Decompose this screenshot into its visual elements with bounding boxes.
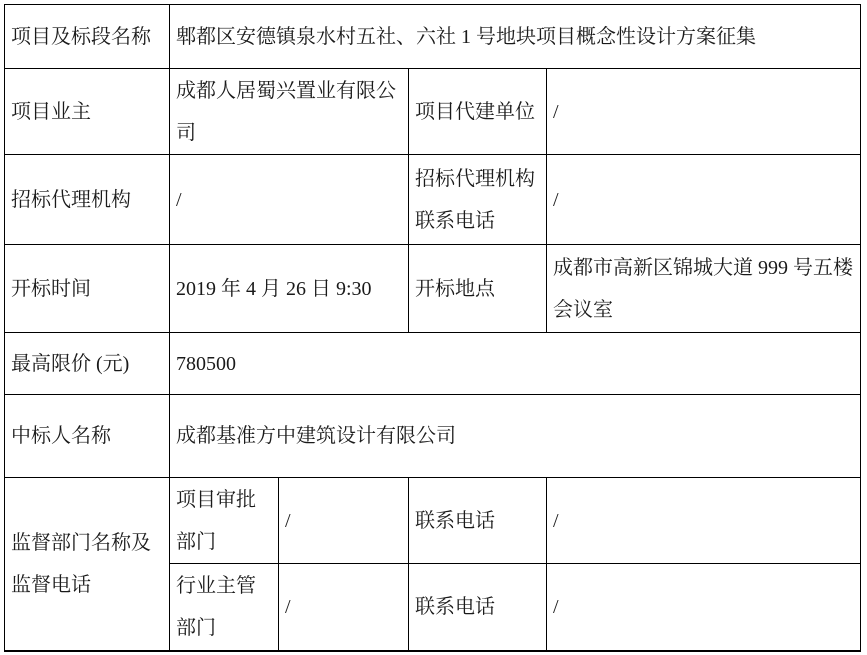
industry-dept-label: 行业主管部门 (170, 564, 279, 651)
table-row-winner: 中标人名称 成都基准方中建筑设计有限公司 (5, 395, 861, 478)
agency-phone-value: / (547, 155, 861, 245)
agent-build-unit-label: 项目代建单位 (409, 69, 547, 155)
project-name-label: 项目及标段名称 (5, 5, 170, 69)
approval-dept-label: 项目审批部门 (170, 478, 279, 564)
agency-phone-label: 招标代理机构联系电话 (409, 155, 547, 245)
bid-opening-time-label: 开标时间 (5, 245, 170, 333)
agency-label: 招标代理机构 (5, 155, 170, 245)
industry-dept-phone-value: / (547, 564, 861, 651)
bid-info-table: 项目及标段名称 郫都区安德镇泉水村五社、六社 1 号地块项目概念性设计方案征集 … (4, 4, 861, 652)
table-row-project-name: 项目及标段名称 郫都区安德镇泉水村五社、六社 1 号地块项目概念性设计方案征集 (5, 5, 861, 69)
max-price-label: 最高限价 (元) (5, 333, 170, 395)
approval-dept-phone-value: / (547, 478, 861, 564)
owner-label: 项目业主 (5, 69, 170, 155)
table-row-agency: 招标代理机构 / 招标代理机构联系电话 / (5, 155, 861, 245)
table-row-bid-opening: 开标时间 2019 年 4 月 26 日 9:30 开标地点 成都市高新区锦城大… (5, 245, 861, 333)
max-price-value: 780500 (170, 333, 861, 395)
winner-value: 成都基准方中建筑设计有限公司 (170, 395, 861, 478)
industry-dept-phone-label: 联系电话 (409, 564, 547, 651)
approval-dept-phone-label: 联系电话 (409, 478, 547, 564)
winner-label: 中标人名称 (5, 395, 170, 478)
bid-opening-place-value: 成都市高新区锦城大道 999 号五楼会议室 (547, 245, 861, 333)
table-row-supervision-1: 监督部门名称及监督电话 项目审批部门 / 联系电话 / (5, 478, 861, 564)
bid-opening-time-value: 2019 年 4 月 26 日 9:30 (170, 245, 409, 333)
industry-dept-value: / (279, 564, 409, 651)
agent-build-unit-value: / (547, 69, 861, 155)
owner-value: 成都人居蜀兴置业有限公司 (170, 69, 409, 155)
project-name-value: 郫都区安德镇泉水村五社、六社 1 号地块项目概念性设计方案征集 (170, 5, 861, 69)
agency-value: / (170, 155, 409, 245)
approval-dept-value: / (279, 478, 409, 564)
table-row-max-price: 最高限价 (元) 780500 (5, 333, 861, 395)
supervision-label: 监督部门名称及监督电话 (5, 478, 170, 651)
table-row-owner: 项目业主 成都人居蜀兴置业有限公司 项目代建单位 / (5, 69, 861, 155)
bid-opening-place-label: 开标地点 (409, 245, 547, 333)
